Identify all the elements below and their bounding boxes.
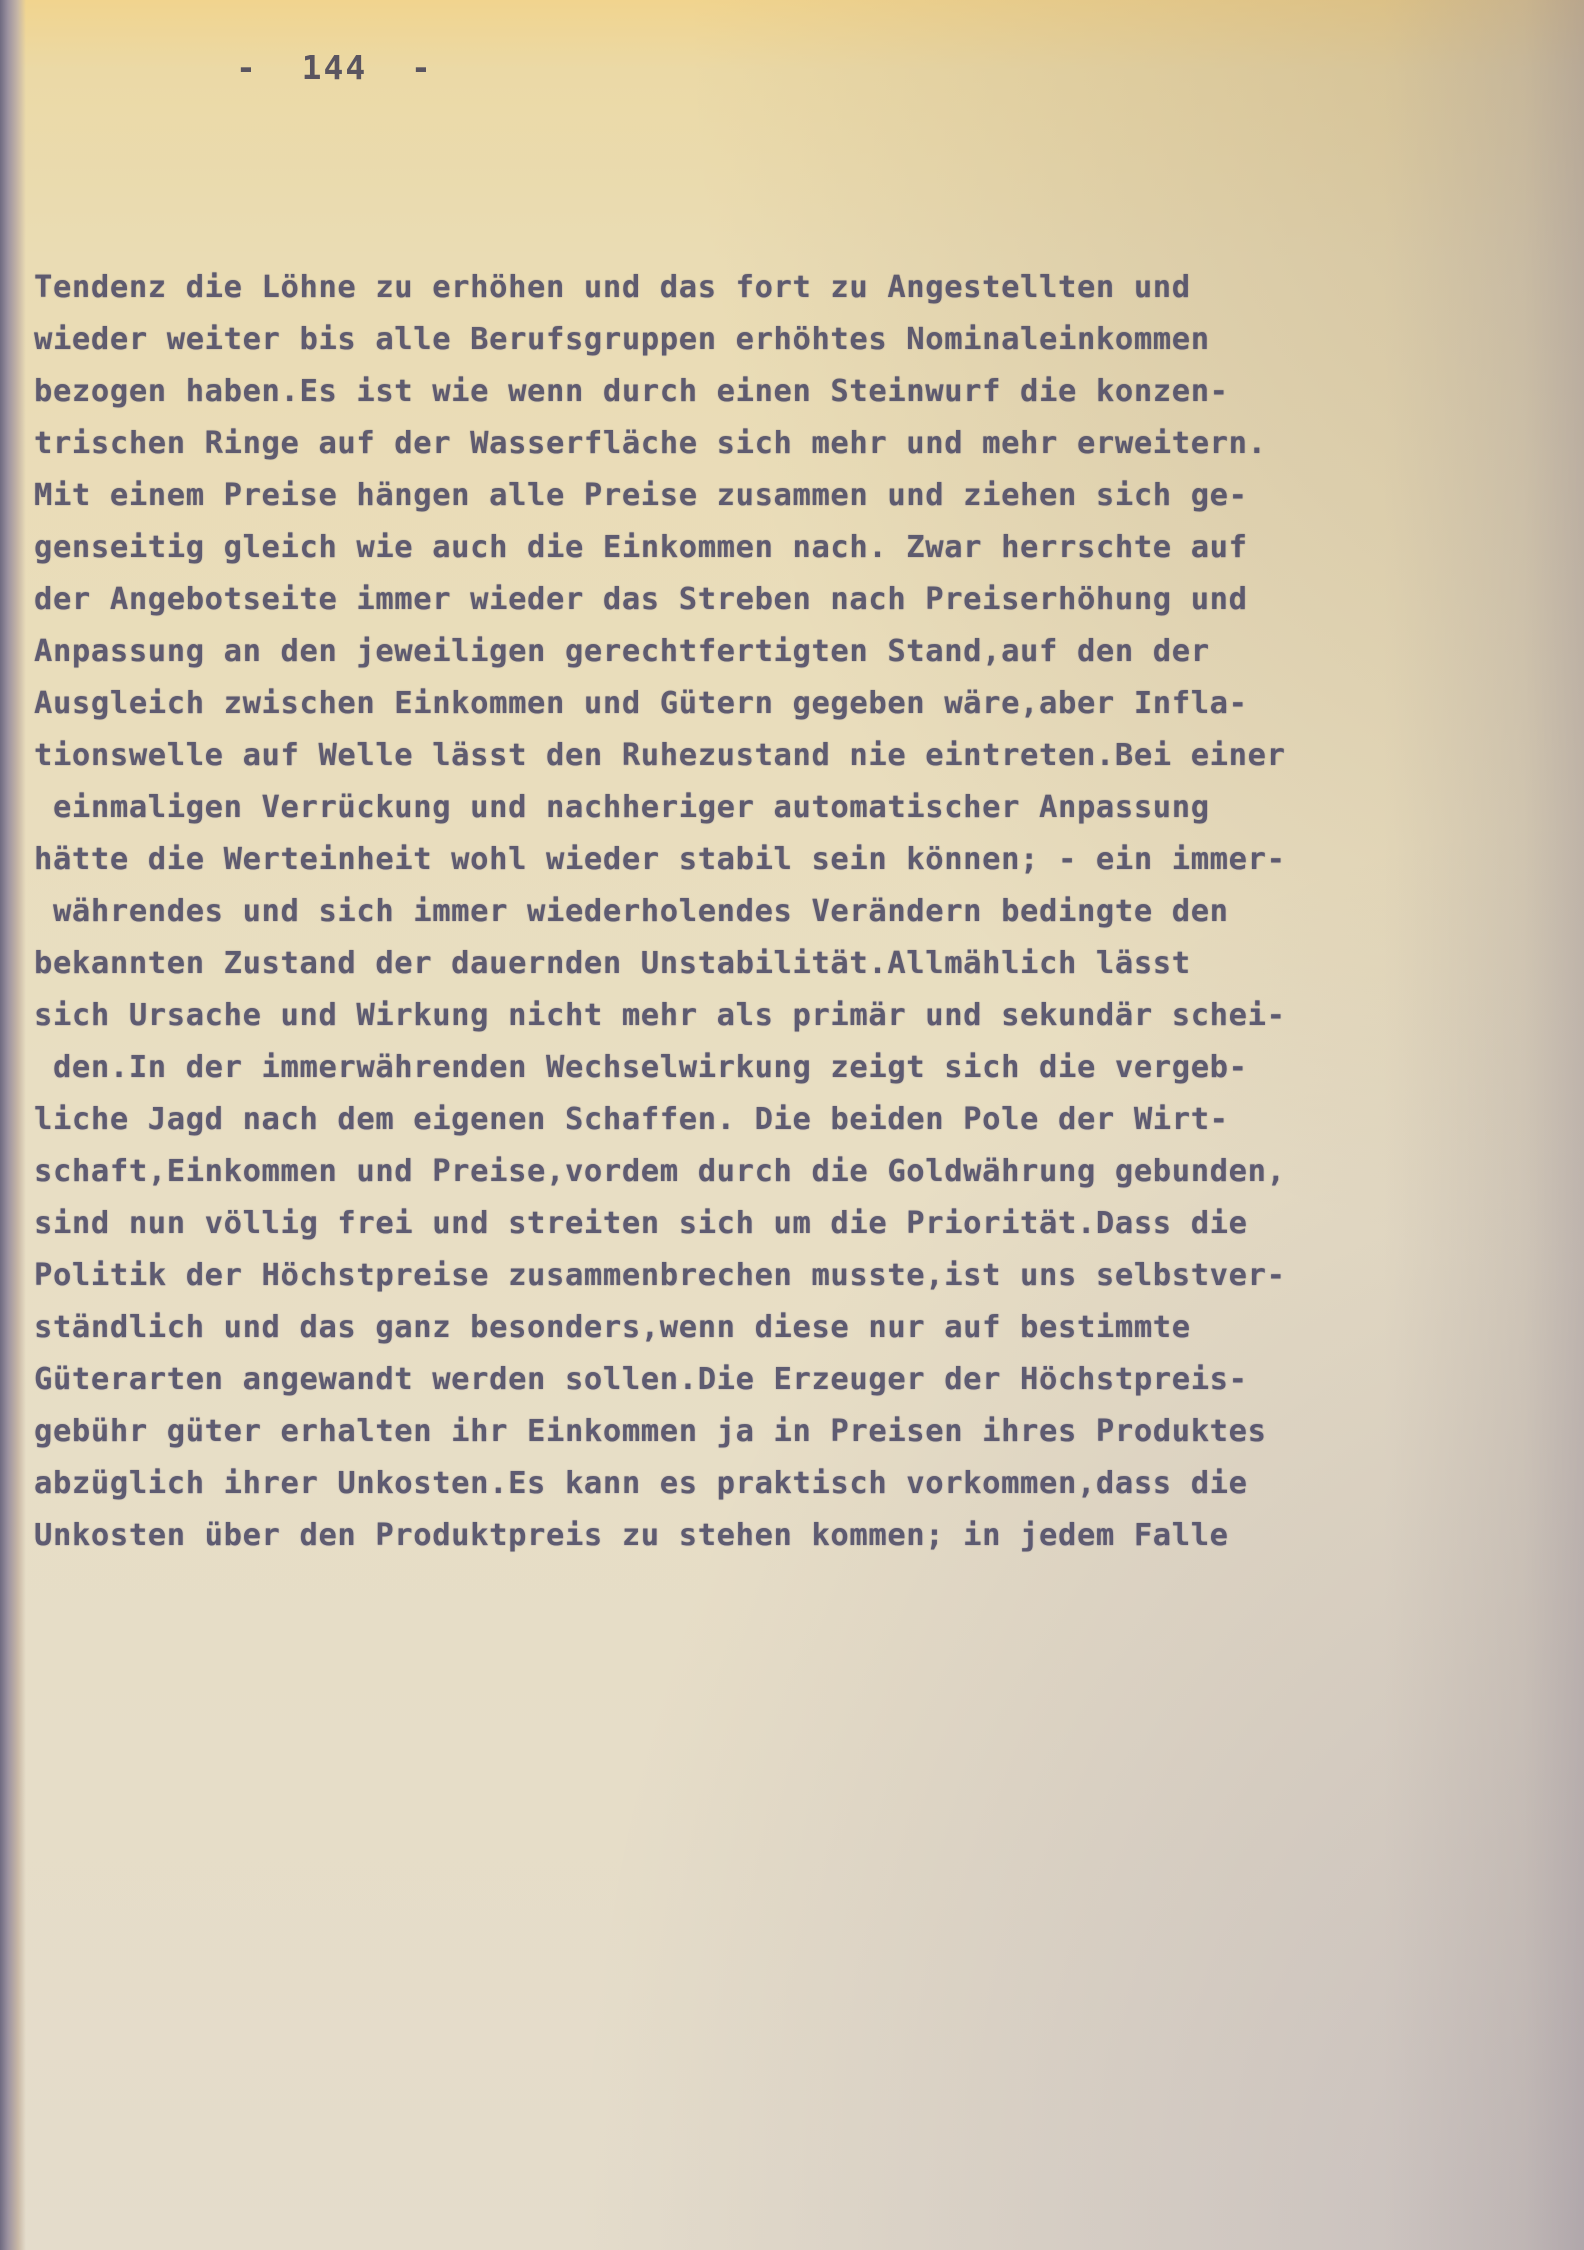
text-line: der Angebotseite immer wieder das Strebe… (34, 570, 1248, 630)
text-line: bezogen haben.Es ist wie wenn durch eine… (34, 362, 1229, 422)
text-line: Mit einem Preise hängen alle Preise zusa… (34, 466, 1248, 526)
page-shadow-right (1384, 0, 1584, 2250)
text-line: tionswelle auf Welle lässt den Ruhezusta… (34, 726, 1286, 786)
typewritten-page: - 144 - Tendenz die Löhne zu erhöhen und… (0, 0, 1584, 2250)
page-number: - 144 - (236, 48, 433, 87)
text-line: den.In der immerwährenden Wechselwirkung… (34, 1038, 1248, 1098)
text-line: Unkosten über den Produktpreis zu stehen… (34, 1506, 1229, 1566)
text-line: gebühr güter erhalten ihr Einkommen ja i… (34, 1402, 1267, 1462)
text-line: Tendenz die Löhne zu erhöhen und das for… (34, 258, 1191, 318)
text-line: währendes und sich immer wiederholendes … (34, 882, 1229, 942)
text-line: ständlich und das ganz besonders,wenn di… (34, 1298, 1191, 1358)
text-line: liche Jagd nach dem eigenen Schaffen. Di… (34, 1090, 1229, 1150)
text-line: genseitig gleich wie auch die Einkommen … (34, 518, 1248, 578)
text-line: Politik der Höchstpreise zusammenbrechen… (34, 1246, 1286, 1306)
text-line: einmaligen Verrückung und nachheriger au… (34, 778, 1210, 838)
text-line: hätte die Werteinheit wohl wieder stabil… (34, 830, 1286, 890)
text-line: abzüglich ihrer Unkosten.Es kann es prak… (34, 1454, 1248, 1514)
text-line: wieder weiter bis alle Berufsgruppen erh… (34, 310, 1210, 370)
text-line: Güterarten angewandt werden sollen.Die E… (34, 1350, 1248, 1410)
text-line: Anpassung an den jeweiligen gerechtferti… (34, 622, 1210, 682)
text-line: trischen Ringe auf der Wasserfläche sich… (34, 414, 1267, 474)
page-binding-edge (0, 0, 26, 2250)
text-line: schaft,Einkommen und Preise,vordem durch… (34, 1142, 1286, 1202)
text-line: sich Ursache und Wirkung nicht mehr als … (34, 986, 1286, 1046)
text-line: sind nun völlig frei und streiten sich u… (34, 1194, 1248, 1254)
text-line: Ausgleich zwischen Einkommen und Gütern … (34, 674, 1248, 734)
text-line: bekannten Zustand der dauernden Unstabil… (34, 934, 1191, 994)
